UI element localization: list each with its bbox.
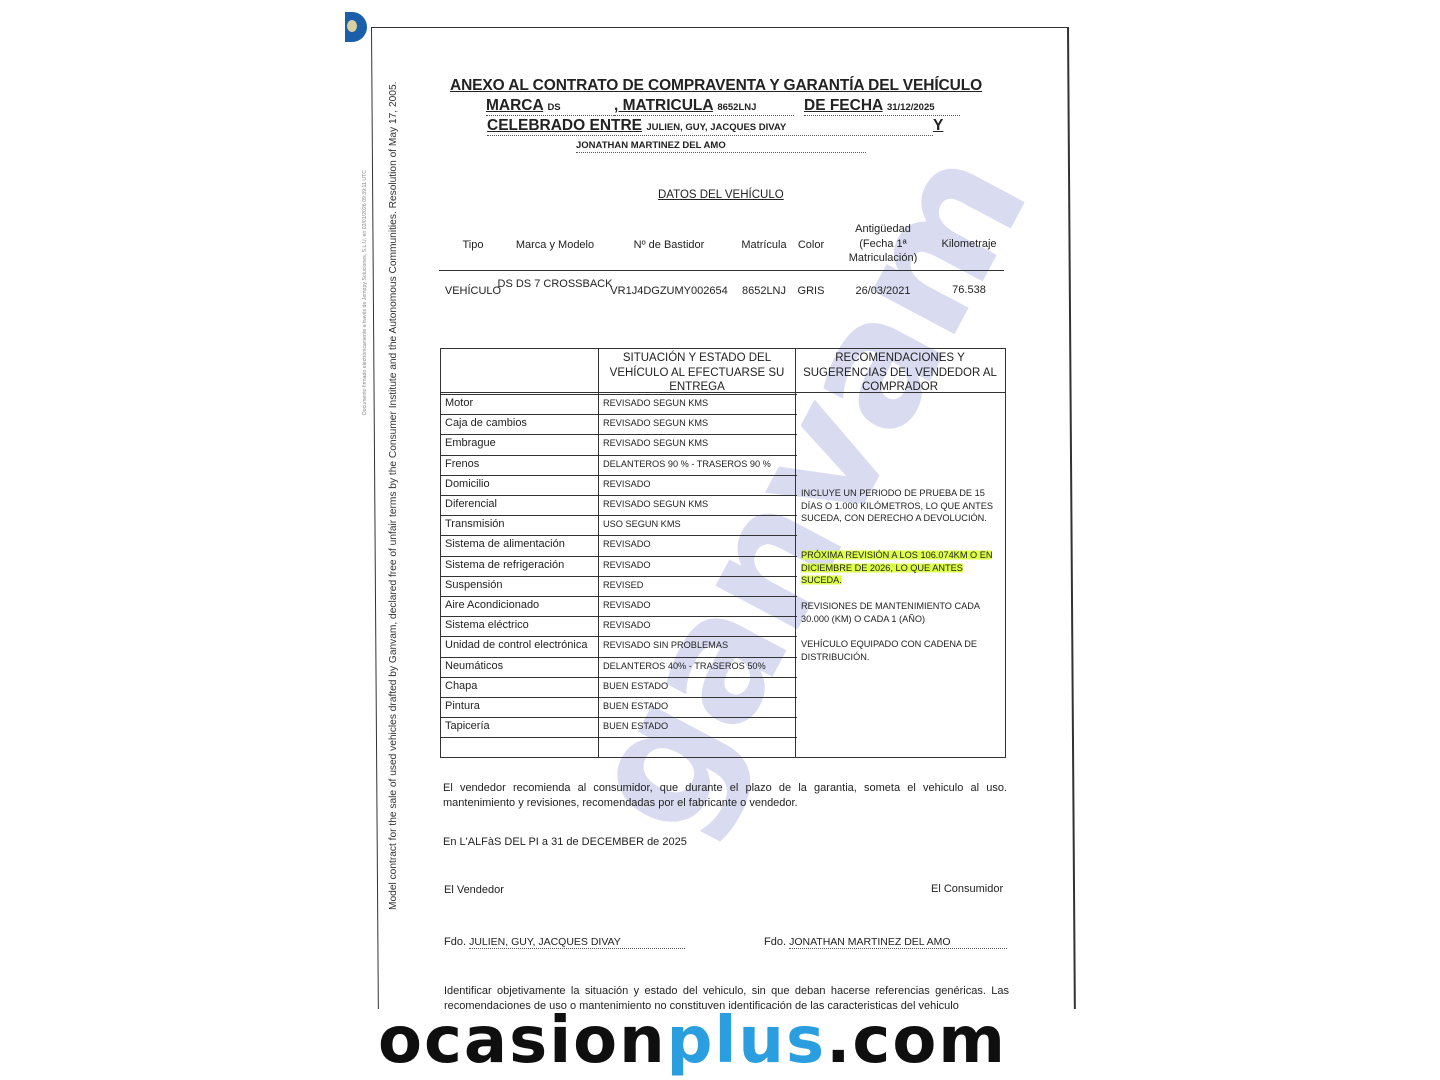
header-parties-line: CELEBRADO ENTRE JULIEN, GUY, JACQUES DIV… [487, 117, 943, 136]
row-divider [441, 636, 797, 637]
recommendation-maintenance: REVISIONES DE MANTENIMIENTO CADA 30.000 … [801, 600, 1001, 625]
condition-row-label: Sistema eléctrico [445, 619, 529, 631]
ocasionplus-logo: ocasionplus.com [378, 1004, 1007, 1078]
row-divider [441, 495, 797, 496]
document-title: ANEXO AL CONTRATO DE COMPRAVENTA Y GARAN… [450, 77, 982, 95]
row-divider [441, 697, 797, 698]
condition-row-label: Suspensión [445, 579, 503, 591]
condition-row-value: BUEN ESTADO [603, 701, 668, 711]
condition-row-value: USO SEGUN KMS [603, 519, 681, 529]
condition-row-label: Neumáticos [445, 660, 503, 672]
buyer-signature-line: Fdo. JONATHAN MARTINEZ DEL AMO [764, 936, 1007, 949]
row-divider [441, 556, 797, 557]
seller-name: JULIEN, GUY, JACQUES DIVAY [646, 122, 786, 133]
matricula-label: , MATRICULA [614, 97, 713, 114]
fecha-label: DE FECHA [804, 97, 883, 114]
row-divider [441, 717, 797, 718]
condition-row-value: REVISADO SEGUN KMS [603, 438, 708, 448]
condition-row-value: REVISADO [603, 539, 650, 549]
row-divider [441, 394, 797, 395]
row-divider [441, 616, 797, 617]
vehicle-column-header: Tipo [438, 238, 508, 253]
condition-row-value: REVISADO [603, 620, 650, 630]
vehicle-cell-bastidor: VR1J4DGZUMY002654 [594, 284, 744, 298]
vehicle-column-header: Nº de Bastidor [604, 238, 734, 253]
page-border-right [1067, 27, 1076, 1009]
header-divider [441, 392, 1005, 393]
page-border-left [371, 27, 379, 1009]
condition-row-label: Aire Acondicionado [445, 599, 539, 611]
recommendation-next-service: PRÓXIMA REVISIÓN A LOS 106.074KM O EN DI… [801, 549, 1001, 587]
recommendation-paragraph: El vendedor recomienda al consumidor, qu… [443, 781, 1007, 811]
condition-row-label: Domicilio [445, 478, 490, 490]
row-divider [441, 535, 797, 536]
row-divider [441, 515, 797, 516]
celebrado-label: CELEBRADO ENTRE [487, 117, 642, 134]
vehicle-table-rule [439, 270, 1004, 271]
seller-signature-line: Fdo. JULIEN, GUY, JACQUES DIVAY [444, 936, 685, 949]
condition-row-label: Sistema de refrigeración [445, 559, 564, 571]
signature-badge-icon [345, 12, 367, 42]
recommendation-trial-period: INCLUYE UN PERIODO DE PRUEBA DE 15 DÍAS … [801, 487, 1001, 525]
condition-row-value: DELANTEROS 90 % - TRASEROS 90 % [603, 459, 771, 469]
buyer-name: JONATHAN MARTINEZ DEL AMO [576, 140, 866, 153]
row-divider [441, 576, 797, 577]
condition-row-label: Sistema de alimentación [445, 538, 565, 550]
vehicle-column-header: Kilometraje [934, 237, 1004, 252]
vehicle-column-header: Antigüedad (Fecha 1ª Matriculación) [838, 222, 928, 266]
place-and-date: En L'ALFàS DEL PI a 31 de DECEMBER de 20… [443, 836, 687, 848]
condition-row-label: Transmisión [445, 518, 505, 530]
row-divider [441, 596, 797, 597]
vehicle-cell-kilometraje: 76.538 [924, 283, 1014, 297]
condition-row-value: REVISADO [603, 600, 650, 610]
condition-row-label: Diferencial [445, 498, 497, 510]
fecha-value: 31/12/2025 [887, 102, 935, 113]
condition-row-value: REVISADO SIN PROBLEMAS [603, 640, 728, 650]
column-divider [795, 349, 796, 757]
matricula-value: 8652LNJ [717, 102, 756, 113]
electronic-signature-note: Documento firmado electrónicamente a tra… [362, 125, 368, 415]
condition-row-label: Motor [445, 397, 473, 409]
row-divider [441, 677, 797, 678]
condition-row-value: REVISED [603, 580, 643, 590]
condition-row-label: Tapicería [445, 720, 490, 732]
recommendation-timing-chain: VEHÍCULO EQUIPADO CON CADENA DE DISTRIBU… [801, 638, 1001, 663]
row-divider [441, 455, 797, 456]
vehicle-data-title: DATOS DEL VEHÍCULO [658, 189, 784, 201]
row-divider [441, 475, 797, 476]
condition-row-value: BUEN ESTADO [603, 721, 668, 731]
vehicle-cell-antiguedad: 26/03/2021 [828, 284, 938, 298]
condition-row-label: Caja de cambios [445, 417, 527, 429]
condition-row-value: DELANTEROS 40% - TRASEROS 50% [603, 661, 766, 671]
column-divider [598, 349, 599, 757]
row-divider [441, 414, 797, 415]
header-brand-line: MARCA DS, MATRICULA 8652LNJDE FECHA 31/1… [486, 97, 960, 116]
condition-row-value: REVISADO [603, 479, 650, 489]
row-divider [441, 434, 797, 435]
condition-row-value: BUEN ESTADO [603, 681, 668, 691]
vehicle-column-header: Color [791, 238, 831, 253]
marca-value: DS [547, 102, 560, 113]
condition-row-value: REVISADO SEGUN KMS [603, 418, 708, 428]
condition-row-label: Embrague [445, 437, 496, 449]
condition-row-value: REVISADO SEGUN KMS [603, 398, 708, 408]
condition-row-label: Chapa [445, 680, 477, 692]
model-contract-note: Model contract for the sale of used vehi… [388, 82, 399, 910]
seller-label: El Vendedor [444, 884, 504, 896]
vehicle-condition-table: SITUACIÓN Y ESTADO DEL VEHÍCULO AL EFECT… [440, 348, 1006, 758]
condition-row-value: REVISADO SEGUN KMS [603, 499, 708, 509]
buyer-label: El Consumidor [931, 883, 1003, 895]
row-divider [441, 737, 797, 738]
condition-row-label: Pintura [445, 700, 480, 712]
buyer-signature-name: JONATHAN MARTINEZ DEL AMO [789, 936, 1007, 949]
header-recommendations: RECOMENDACIONES Y SUGERENCIAS DEL VENDED… [797, 351, 1003, 395]
condition-row-value: REVISADO [603, 560, 650, 570]
vehicle-column-header: Marca y Modelo [505, 238, 605, 253]
marca-label: MARCA [486, 97, 543, 114]
y-label: Y [933, 117, 943, 134]
header-state: SITUACIÓN Y ESTADO DEL VEHÍCULO AL EFECT… [599, 351, 795, 395]
seller-signature-name: JULIEN, GUY, JACQUES DIVAY [469, 936, 685, 949]
vehicle-column-header: Matrícula [736, 238, 792, 253]
condition-row-label: Frenos [445, 458, 479, 470]
page-border-top [371, 27, 1068, 28]
row-divider [441, 657, 797, 658]
condition-row-label: Unidad de control electrónica [445, 639, 587, 651]
